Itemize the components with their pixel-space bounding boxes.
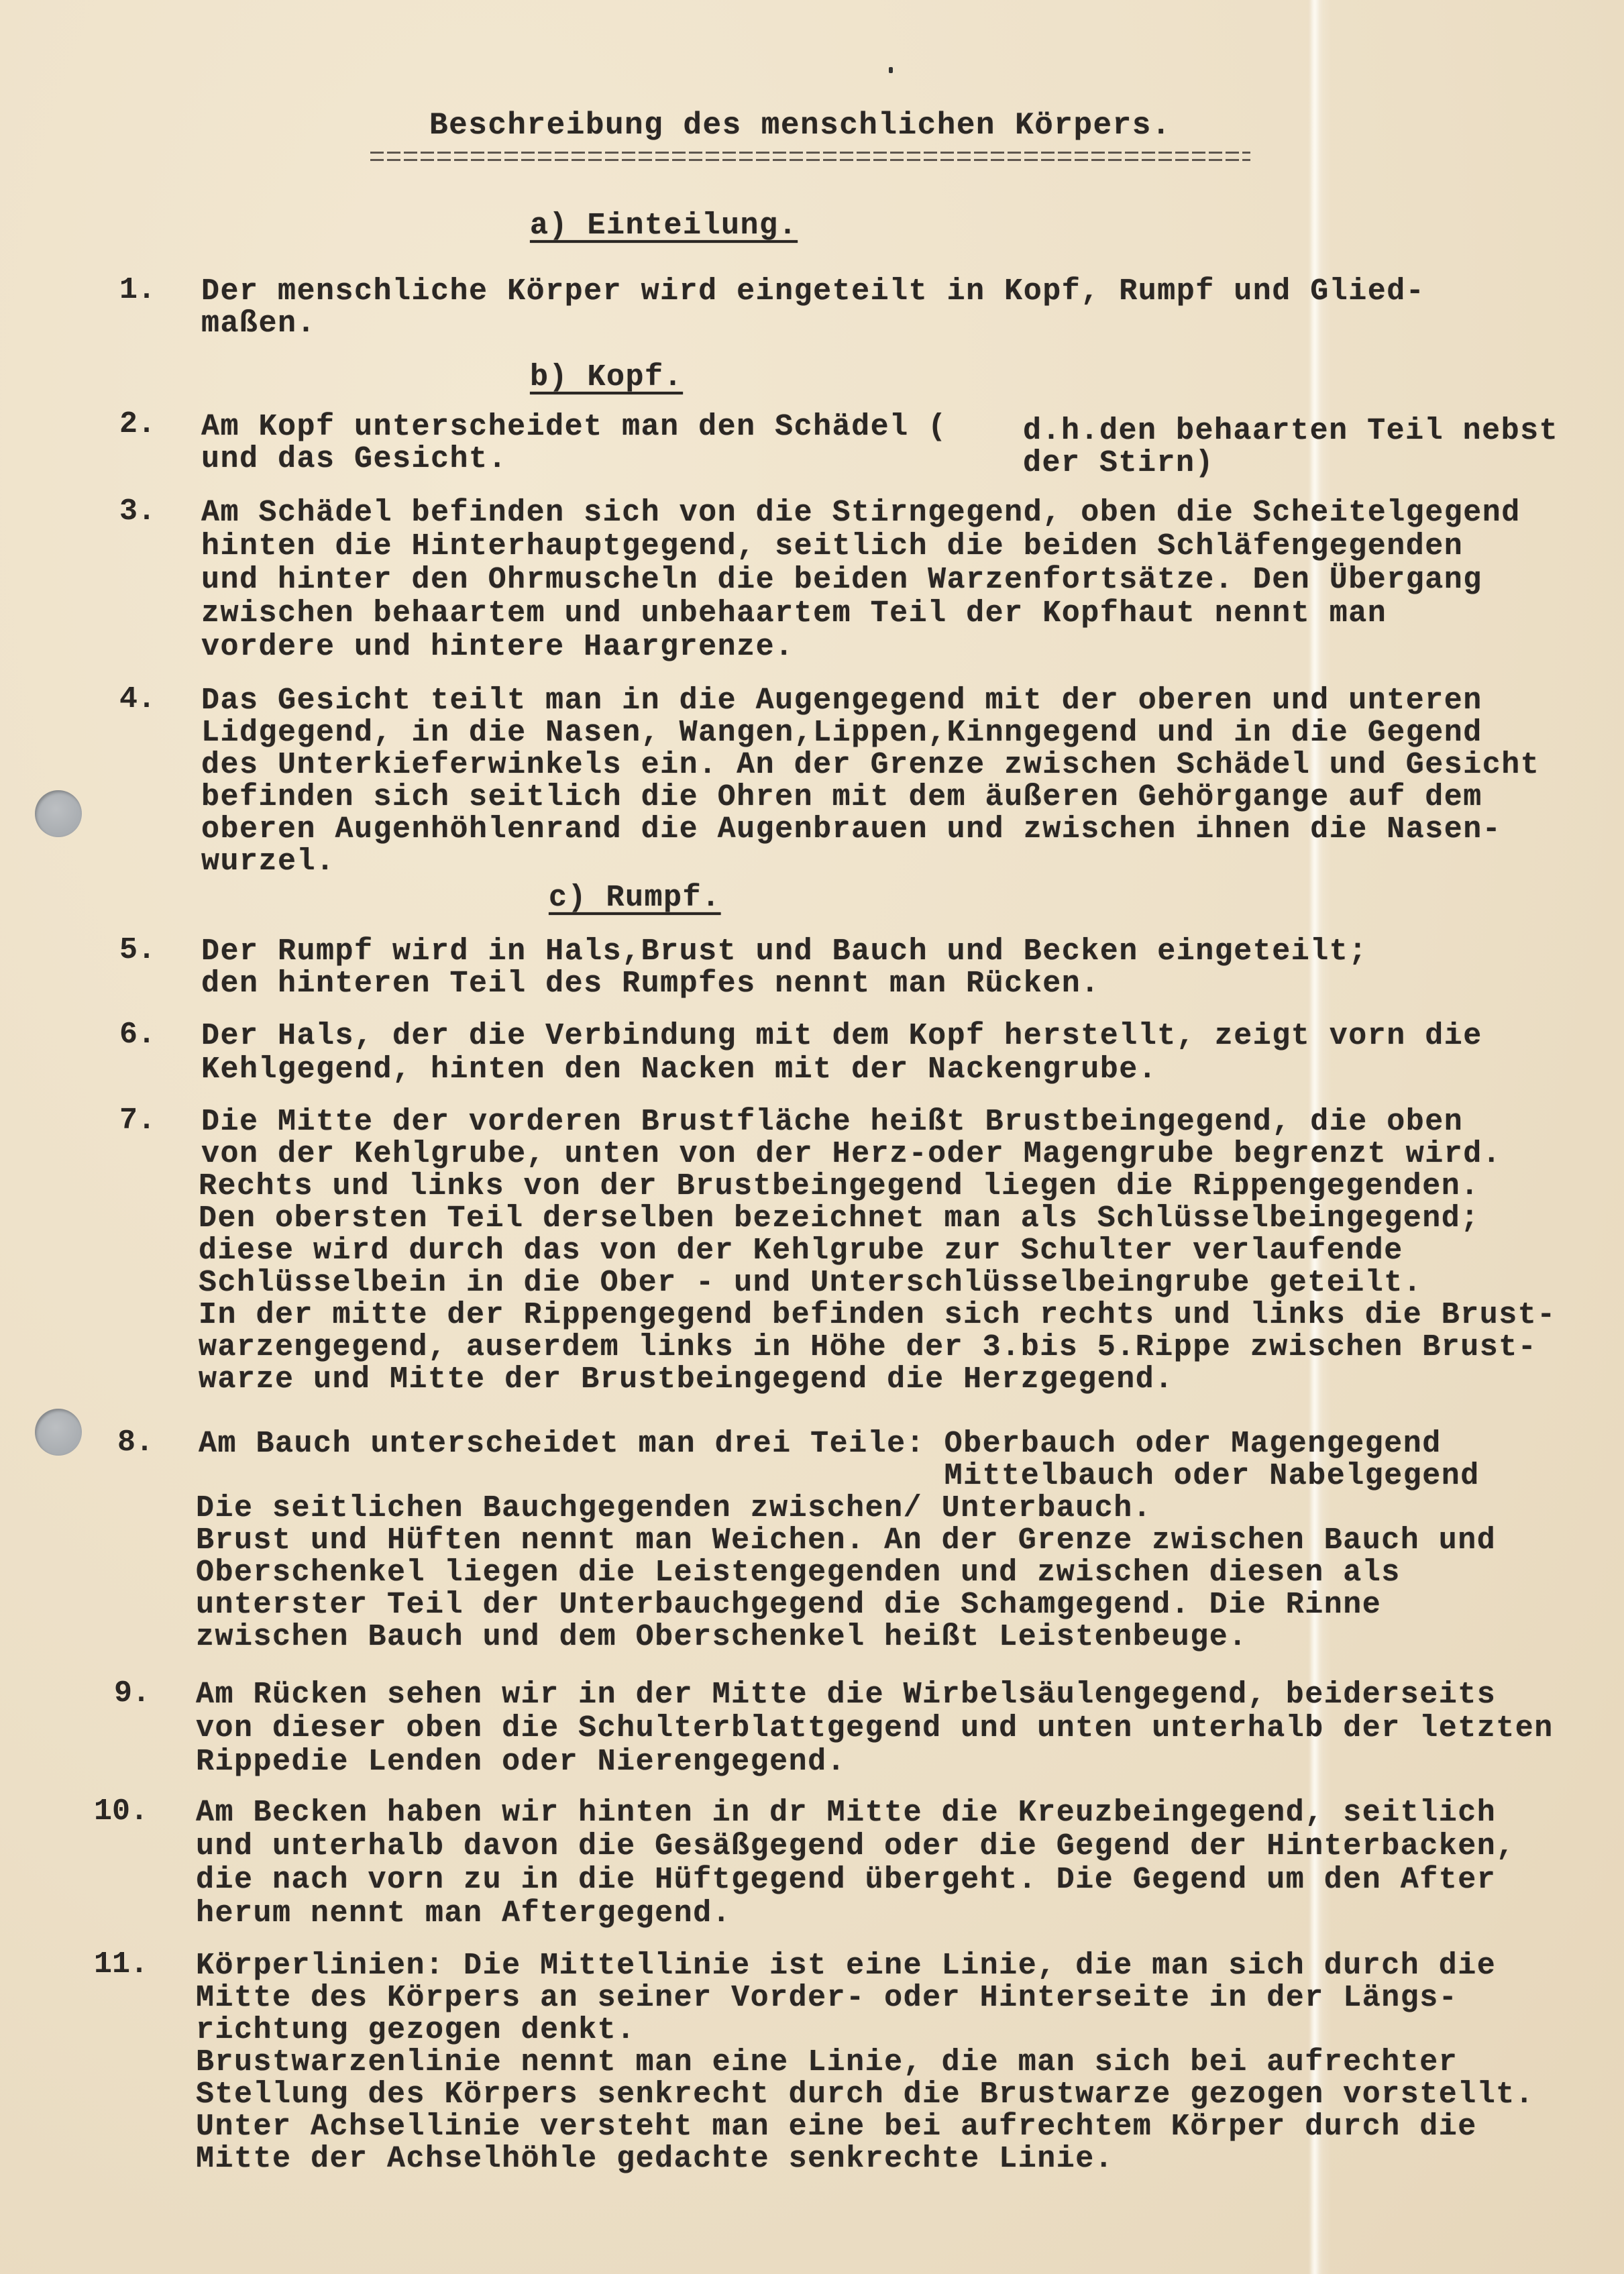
text-line: Am Bauch unterscheidet man drei Teile: O… [199, 1427, 1442, 1461]
text-line: Der Rumpf wird in Hals,Brust und Bauch u… [201, 935, 1368, 969]
text-line: herum nennt man Aftergegend. [196, 1897, 731, 1931]
text-line: Der menschliche Körper wird eingeteilt i… [201, 275, 1425, 309]
item-number: 10. [94, 1795, 148, 1829]
text-line: Brust und Hüften nennt man Weichen. An d… [196, 1524, 1496, 1558]
text-line: zwischen behaartem und unbehaartem Teil … [201, 597, 1387, 631]
text-line: und das Gesicht. [201, 443, 507, 476]
text-line: Stellung des Körpers senkrecht durch die… [196, 2078, 1534, 2112]
text-line: Den obersten Teil derselben bezeichnet m… [199, 1202, 1480, 1236]
item-number: 1. [119, 274, 156, 307]
text-line: und unterhalb davon die Gesäßgegend oder… [196, 1830, 1515, 1863]
text-line: Körperlinien: Die Mittellinie ist eine L… [196, 1949, 1496, 1983]
punch-hole-icon [35, 790, 82, 837]
text-line: hinten die Hinterhauptgegend, seitlich d… [201, 530, 1463, 563]
text-line: Am Becken haben wir hinten in dr Mitte d… [196, 1796, 1496, 1830]
item-number: 4. [119, 683, 156, 716]
text-line: die nach vorn zu in die Hüftgegend überg… [196, 1863, 1496, 1897]
text-line: Oberschenkel liegen die Leistengegenden … [196, 1556, 1401, 1590]
text-line: von dieser oben die Schulterblattgegend … [196, 1712, 1554, 1745]
text-line: zwischen Bauch und dem Oberschenkel heiß… [196, 1621, 1248, 1654]
text-line: Am Kopf unterscheidet man den Schädel ( [201, 411, 947, 444]
item-number: 3. [119, 495, 156, 529]
text-line: vordere und hintere Haargrenze. [201, 631, 794, 664]
text-line: befinden sich seitlich die Ohren mit dem… [201, 781, 1482, 814]
text-line: In der mitte der Rippengegend befinden s… [199, 1299, 1556, 1332]
item-number: 8. [117, 1426, 154, 1460]
text-line: des Unterkieferwinkels ein. An der Grenz… [201, 749, 1539, 782]
text-line: diese wird durch das von der Kehlgrube z… [199, 1234, 1403, 1268]
item-number: 11. [94, 1948, 148, 1982]
text-line: Mittelbauch oder Nabelgegend [199, 1460, 1480, 1493]
text-line: Unter Achsellinie versteht man eine bei … [196, 2110, 1477, 2144]
text-line: Mitte der Achselhöhle gedachte senkrecht… [196, 2143, 1114, 2176]
text-line: richtung gezogen denkt. [196, 2014, 636, 2047]
item-number: 2. [119, 408, 156, 441]
text-line: Rippedie Lenden oder Nierengegend. [196, 1745, 846, 1779]
section-heading-kopf: b) Kopf. [530, 361, 683, 394]
text-line: Schlüsselbein in die Ober - und Untersch… [199, 1266, 1422, 1300]
item-number: 5. [119, 934, 156, 967]
text-line: oberen Augenhöhlenrand die Augenbrauen u… [201, 813, 1501, 847]
text-line: Mitte des Körpers an seiner Vorder- oder… [196, 1982, 1458, 2015]
section-heading-einteilung: a) Einteilung. [530, 209, 798, 243]
side-note-line: d.h.den behaarten Teil nebst [1023, 415, 1558, 448]
text-line: warze und Mitte der Brustbeingegend die … [199, 1363, 1174, 1397]
text-line: Das Gesicht teilt man in die Augengegend… [201, 684, 1482, 718]
document-title: Beschreibung des menschlichen Körpers. [429, 109, 1171, 142]
punch-hole-icon [35, 1409, 82, 1456]
text-line: und hinter den Ohrmuscheln die beiden Wa… [201, 563, 1482, 597]
text-line: maßen. [201, 307, 316, 341]
text-line: Lidgegend, in die Nasen, Wangen,Lippen,K… [201, 716, 1482, 750]
section-heading-rumpf: c) Rumpf. [549, 881, 721, 915]
document-page: Beschreibung des menschlichen Körpers. a… [0, 0, 1624, 2274]
side-note-line: der Stirn) [1023, 447, 1214, 480]
text-line: unterster Teil der Unterbauchgegend die … [196, 1588, 1381, 1622]
text-line: wurzel. [201, 845, 335, 879]
text-line: Die seitlichen Bauchgegenden zwischen/ U… [196, 1492, 1152, 1525]
text-line: Am Schädel befinden sich von die Stirnge… [201, 496, 1521, 530]
text-line: warzengegend, auserdem links in Höhe der… [199, 1331, 1537, 1364]
item-number: 9. [114, 1677, 150, 1711]
text-line: Am Rücken sehen wir in der Mitte die Wir… [196, 1678, 1496, 1712]
text-line: von der Kehlgrube, unten von der Herz-od… [201, 1138, 1501, 1171]
text-line: Die Mitte der vorderen Brustfläche heißt… [201, 1105, 1463, 1139]
item-number: 7. [119, 1104, 156, 1138]
text-line: den hinteren Teil des Rumpfes nennt man … [201, 967, 1100, 1001]
ink-dot [889, 67, 893, 73]
item-number: 6. [119, 1018, 156, 1052]
text-line: Der Hals, der die Verbindung mit dem Kop… [201, 1020, 1482, 1053]
text-line: Rechts und links von der Brustbeingegend… [199, 1170, 1480, 1203]
title-double-rule [370, 152, 1250, 161]
text-line: Brustwarzenlinie nennt man eine Linie, d… [196, 2046, 1458, 2079]
text-line: Kehlgegend, hinten den Nacken mit der Na… [201, 1053, 1157, 1087]
